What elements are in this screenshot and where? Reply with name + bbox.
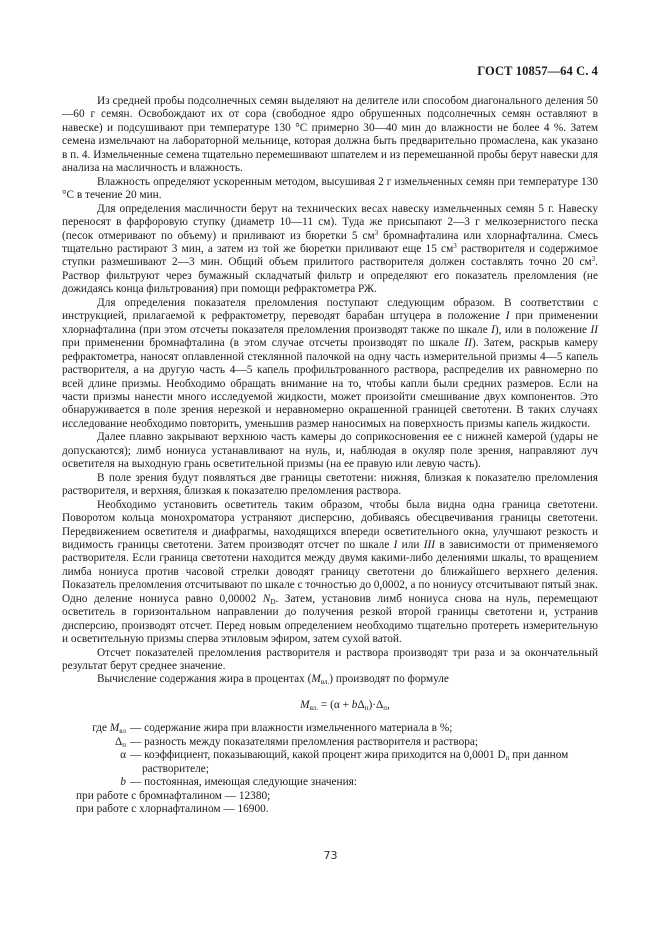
page-number: 73 xyxy=(0,849,661,862)
fat-content-formula: Mвл. = (α + bΔп)·Δп, xyxy=(62,699,598,712)
paragraph-readings: Отсчет показателей преломления растворит… xyxy=(62,647,598,674)
value-chloronaphthalene: при работе с хлорнафталином — 16900. xyxy=(62,803,598,816)
paragraph-camera-closing: Далее плавно закрывают верхнюю часть кам… xyxy=(62,431,598,471)
definition-delta: Δп — разность между показателями преломл… xyxy=(62,736,598,749)
paragraph-field-of-view: В поле зрения будут появляться две грани… xyxy=(62,472,598,499)
paragraph-moisture: Влажность определяют ускоренным методом,… xyxy=(62,176,598,203)
paragraph-oil-content: Для определения масличности берут на тех… xyxy=(62,203,598,297)
document-body: Из средней пробы подсолнечных семян выде… xyxy=(62,95,598,817)
definition-b: b — постоянная, имеющая следующие значен… xyxy=(62,776,598,789)
formula-definitions: где Mвл — содержание жира при влажности … xyxy=(62,722,598,816)
paragraph-illuminator: Необходимо установить осветитель таким о… xyxy=(62,499,598,647)
document-header: ГОСТ 10857—64 С. 4 xyxy=(477,64,598,79)
value-bromonaphthalene: при работе с бромнафталином — 12380; xyxy=(62,790,598,803)
paragraph-calculation: Вычисление содержания жира в процентах (… xyxy=(62,673,598,686)
definition-alpha: α — коэффициент, показывающий, какой про… xyxy=(62,749,598,776)
paragraph-sample-preparation: Из средней пробы подсолнечных семян выде… xyxy=(62,95,598,176)
definition-m: где Mвл — содержание жира при влажности … xyxy=(62,722,598,735)
paragraph-refraction-procedure: Для определения показателя преломления п… xyxy=(62,297,598,432)
